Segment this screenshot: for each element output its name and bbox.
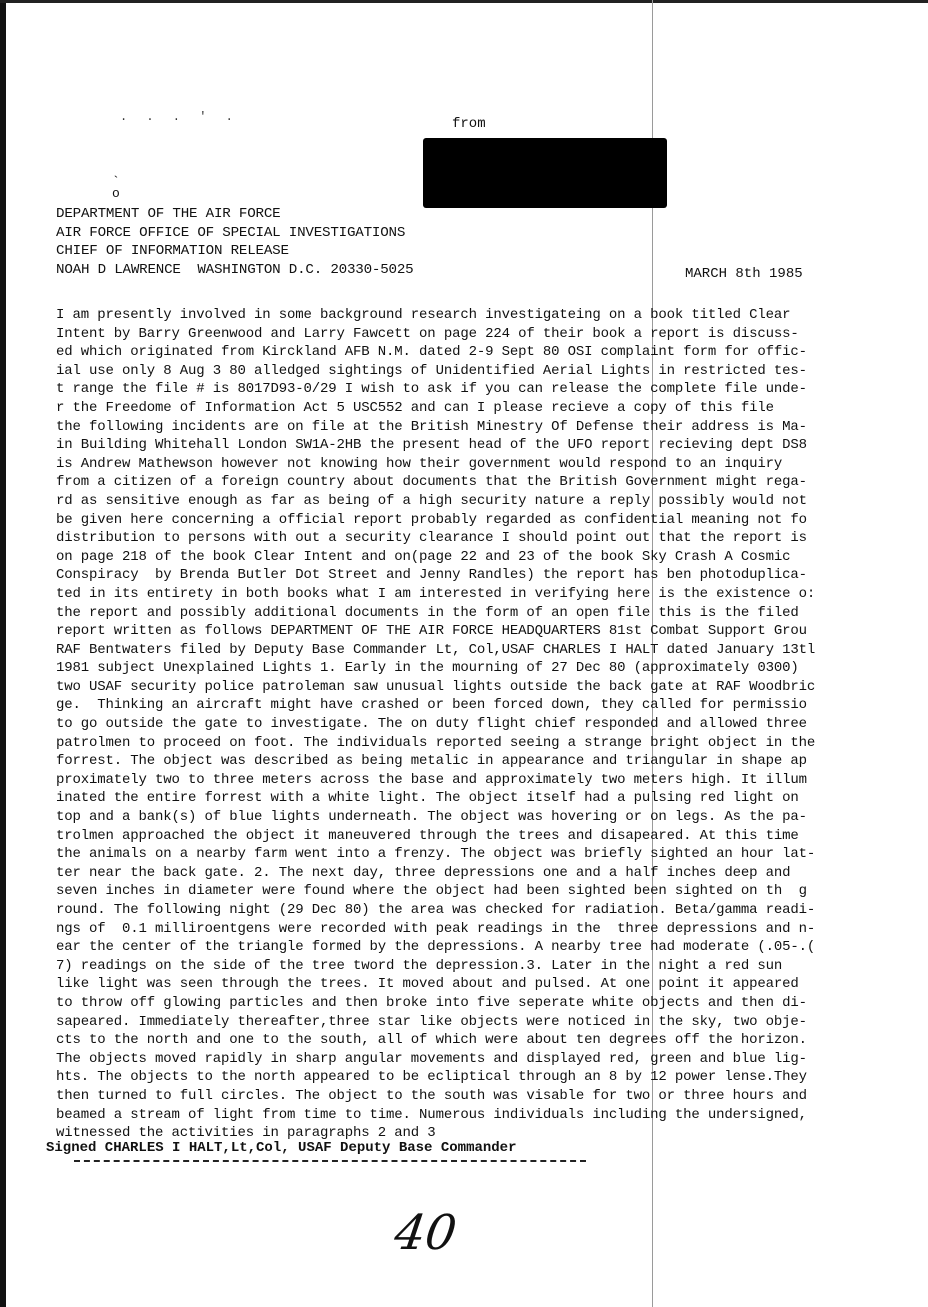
letter-date: MARCH 8th 1985 — [685, 266, 803, 282]
handwritten-page-number: 40 — [391, 1205, 460, 1261]
body-line: Intent by Barry Greenwood and Larry Fawc… — [56, 325, 926, 344]
recipient-line: CHIEF OF INFORMATION RELEASE — [56, 242, 414, 261]
body-line: seven inches in diameter were found wher… — [56, 882, 926, 901]
scan-specks: . . . ' . — [120, 110, 239, 124]
stray-mark: `o — [112, 176, 120, 200]
recipient-line: NOAH D LAWRENCE WASHINGTON D.C. 20330-50… — [56, 261, 414, 280]
body-line: Conspiracy by Brenda Butler Dot Street a… — [56, 566, 926, 585]
body-line: forrest. The object was described as bei… — [56, 752, 926, 771]
body-line: report written as follows DEPARTMENT OF … — [56, 622, 926, 641]
body-line: r the Freedome of Information Act 5 USC5… — [56, 399, 926, 418]
recipient-line: DEPARTMENT OF THE AIR FORCE — [56, 205, 414, 224]
body-line: ge. Thinking an aircraft might have cras… — [56, 696, 926, 715]
from-label: from — [452, 116, 486, 132]
body-line: beamed a stream of light from time to ti… — [56, 1106, 926, 1125]
body-line: round. The following night (29 Dec 80) t… — [56, 901, 926, 920]
body-line: the animals on a nearby farm went into a… — [56, 845, 926, 864]
redaction-block — [423, 138, 667, 208]
scan-edge-left — [0, 0, 6, 1307]
body-line: ear the center of the triangle formed by… — [56, 938, 926, 957]
recipient-address: DEPARTMENT OF THE AIR FORCE AIR FORCE OF… — [56, 205, 414, 280]
body-line: t range the file # is 8017D93-0/29 I wis… — [56, 380, 926, 399]
body-line: ted in its entirety in both books what I… — [56, 585, 926, 604]
body-line: ial use only 8 Aug 3 80 alledged sightin… — [56, 362, 926, 381]
body-line: proximately two to three meters across t… — [56, 771, 926, 790]
signature-line: Signed CHARLES I HALT,Lt,Col, USAF Deput… — [46, 1140, 516, 1156]
recipient-line: AIR FORCE OFFICE OF SPECIAL INVESTIGATIO… — [56, 224, 414, 243]
body-line: two USAF security police patroleman saw … — [56, 678, 926, 697]
body-line: in Building Whitehall London SW1A-2HB th… — [56, 436, 926, 455]
body-line: sapeared. Immediately thereafter,three s… — [56, 1013, 926, 1032]
body-line: 7) readings on the side of the tree twor… — [56, 957, 926, 976]
body-line: top and a bank(s) of blue lights underne… — [56, 808, 926, 827]
body-line: the following incidents are on file at t… — [56, 418, 926, 437]
body-line: to throw off glowing particles and then … — [56, 994, 926, 1013]
body-line: RAF Bentwaters filed by Deputy Base Comm… — [56, 641, 926, 660]
dashed-rule — [74, 1160, 586, 1162]
body-line: hts. The objects to the north appeared t… — [56, 1068, 926, 1087]
body-line: like light was seen through the trees. I… — [56, 975, 926, 994]
body-line: from a citizen of a foreign country abou… — [56, 473, 926, 492]
body-line: ter near the back gate. 2. The next day,… — [56, 864, 926, 883]
body-line: rd as sensitive enough as far as being o… — [56, 492, 926, 511]
body-line: then turned to full circles. The object … — [56, 1087, 926, 1106]
body-line: I am presently involved in some backgrou… — [56, 306, 926, 325]
body-line: ed which originated from Kirckland AFB N… — [56, 343, 926, 362]
body-line: The objects moved rapidly in sharp angul… — [56, 1050, 926, 1069]
letter-body: I am presently involved in some backgrou… — [56, 306, 926, 1143]
scan-edge-top — [0, 0, 928, 3]
body-line: to go outside the gate to investigate. T… — [56, 715, 926, 734]
body-line: the report and possibly additional docum… — [56, 604, 926, 623]
body-line: 1981 subject Unexplained Lights 1. Early… — [56, 659, 926, 678]
body-line: ngs of 0.1 milliroentgens were recorded … — [56, 920, 926, 939]
body-line: trolmen approached the object it maneuve… — [56, 827, 926, 846]
body-line: cts to the north and one to the south, a… — [56, 1031, 926, 1050]
body-line: distribution to persons with out a secur… — [56, 529, 926, 548]
body-line: on page 218 of the book Clear Intent and… — [56, 548, 926, 567]
body-line: is Andrew Mathewson however not knowing … — [56, 455, 926, 474]
body-line: be given here concerning a official repo… — [56, 511, 926, 530]
body-line: inated the entire forrest with a white l… — [56, 789, 926, 808]
body-line: patrolmen to proceed on foot. The indivi… — [56, 734, 926, 753]
